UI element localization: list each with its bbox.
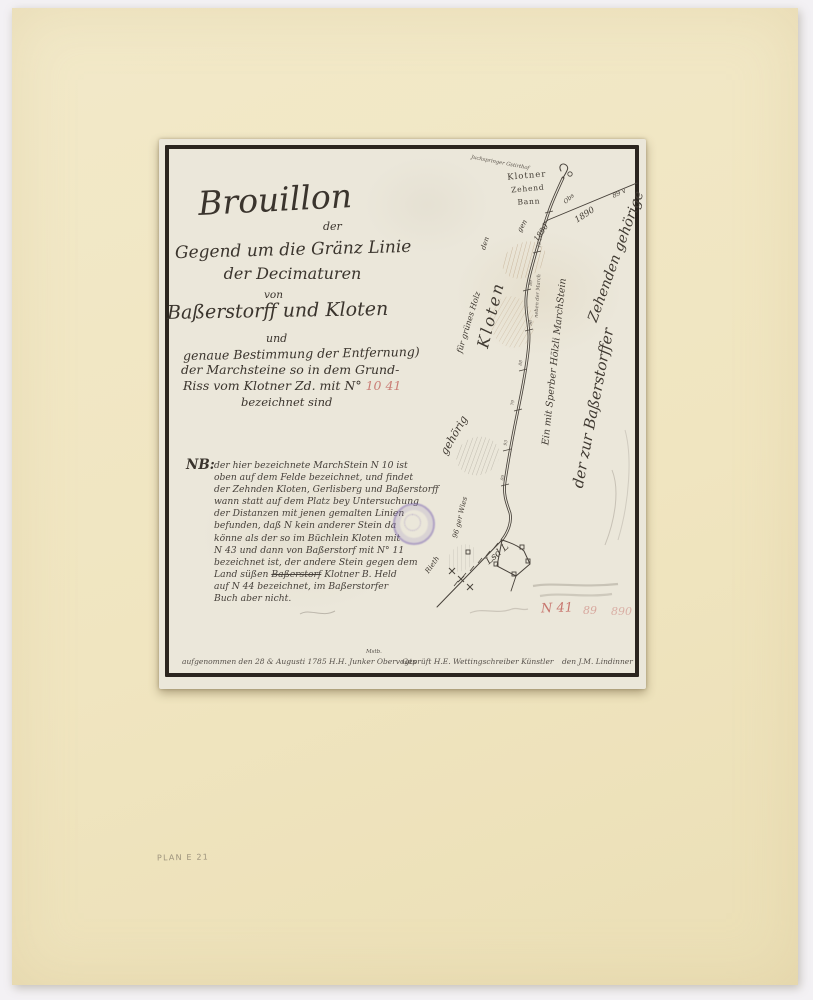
map-label: Ein mit Sperber Hölzli MarchStein [540, 278, 569, 447]
red-number-890: 890 [611, 605, 632, 618]
map-label: Juchspringer Gstirthof [470, 154, 531, 172]
map-label: gen [516, 218, 530, 234]
nb-line: der hier bezeichnete MarchStein N 10 ist [214, 460, 459, 472]
map-label: neben der March [533, 274, 542, 318]
footer-checked-note: Geprüft H.E. Wettingschreiber Künstler [402, 657, 553, 666]
map-label: den [479, 235, 491, 250]
plan-number-label: PLAN E 21 [157, 853, 209, 863]
title-bestimmung-3-text: Riss vom Klotner Zd. mit N° [183, 378, 362, 393]
map-distance-number: 89 [529, 280, 534, 286]
title-bestimmung-3: Riss vom Klotner Zd. mit N° 10 41 [183, 378, 401, 393]
map-label: Zehenden gehörige [585, 189, 648, 325]
title-bezeichnet: bezeichnet sind [241, 395, 332, 409]
map-label: Bann [517, 196, 540, 206]
red-number-n41: N 41 [541, 600, 574, 616]
map-label: Obs [562, 192, 575, 205]
map-distance-number: 93 [504, 440, 510, 447]
map-label: Klotner [507, 169, 547, 182]
map-distance-number: 79 [511, 400, 517, 406]
title-bestimmung-2: der Marchsteine so in dem Grund- [181, 362, 399, 377]
nb-line: Buch aber nicht. [214, 593, 459, 605]
nb-struck-word: Baßerstorf [271, 569, 321, 580]
map-distance-number: 19 4 [537, 238, 544, 249]
map-distance-number: 96 [529, 320, 534, 326]
archive-stamp-inner-ring [404, 514, 421, 531]
title-der: der [323, 220, 342, 233]
nb-line: der Zehnden Kloten, Gerlisberg und Baßer… [214, 484, 459, 496]
title-und: und [266, 332, 287, 345]
nb-line-post: Klotner B. Held [321, 569, 396, 580]
nb-line: auf N 44 bezeichnet, im Baßerstorfer [214, 581, 459, 593]
map-label: Zehend [511, 183, 545, 195]
nb-line: bezeichnet ist, der andere Stein gegen d… [214, 557, 459, 569]
title-places: Baßerstorff und Kloten [167, 298, 377, 324]
footer-signature: den J.M. Lindinner [562, 657, 633, 666]
nb-label: NB: [186, 457, 215, 473]
footer-superscript: Mstb. [366, 649, 382, 655]
nb-line: oben auf dem Felde bezeichnet, und finde… [214, 472, 459, 484]
red-number-89: 89 [583, 604, 597, 617]
footer-survey-note: aufgenommen den 28 & Augusti 1785 H.H. J… [182, 657, 416, 666]
map-distance-number: 88 [519, 360, 525, 366]
nb-line-pre: Land süßen [214, 569, 271, 580]
nb-line: Land süßen Baßerstorf Klotner B. Held [214, 569, 459, 581]
nb-line: N 43 und dann von Baßerstorf mit N° 11 [214, 545, 459, 557]
archive-stamp [393, 503, 435, 545]
map-label-basserstorffer: der zur Baßerstorffer [569, 326, 618, 490]
title-red-number: 10 41 [366, 378, 402, 393]
scan-page: Klotner Zehend Bann Juchspringer Gstirth… [0, 0, 813, 1000]
title-decimaturen: der Decimaturen [175, 264, 410, 283]
